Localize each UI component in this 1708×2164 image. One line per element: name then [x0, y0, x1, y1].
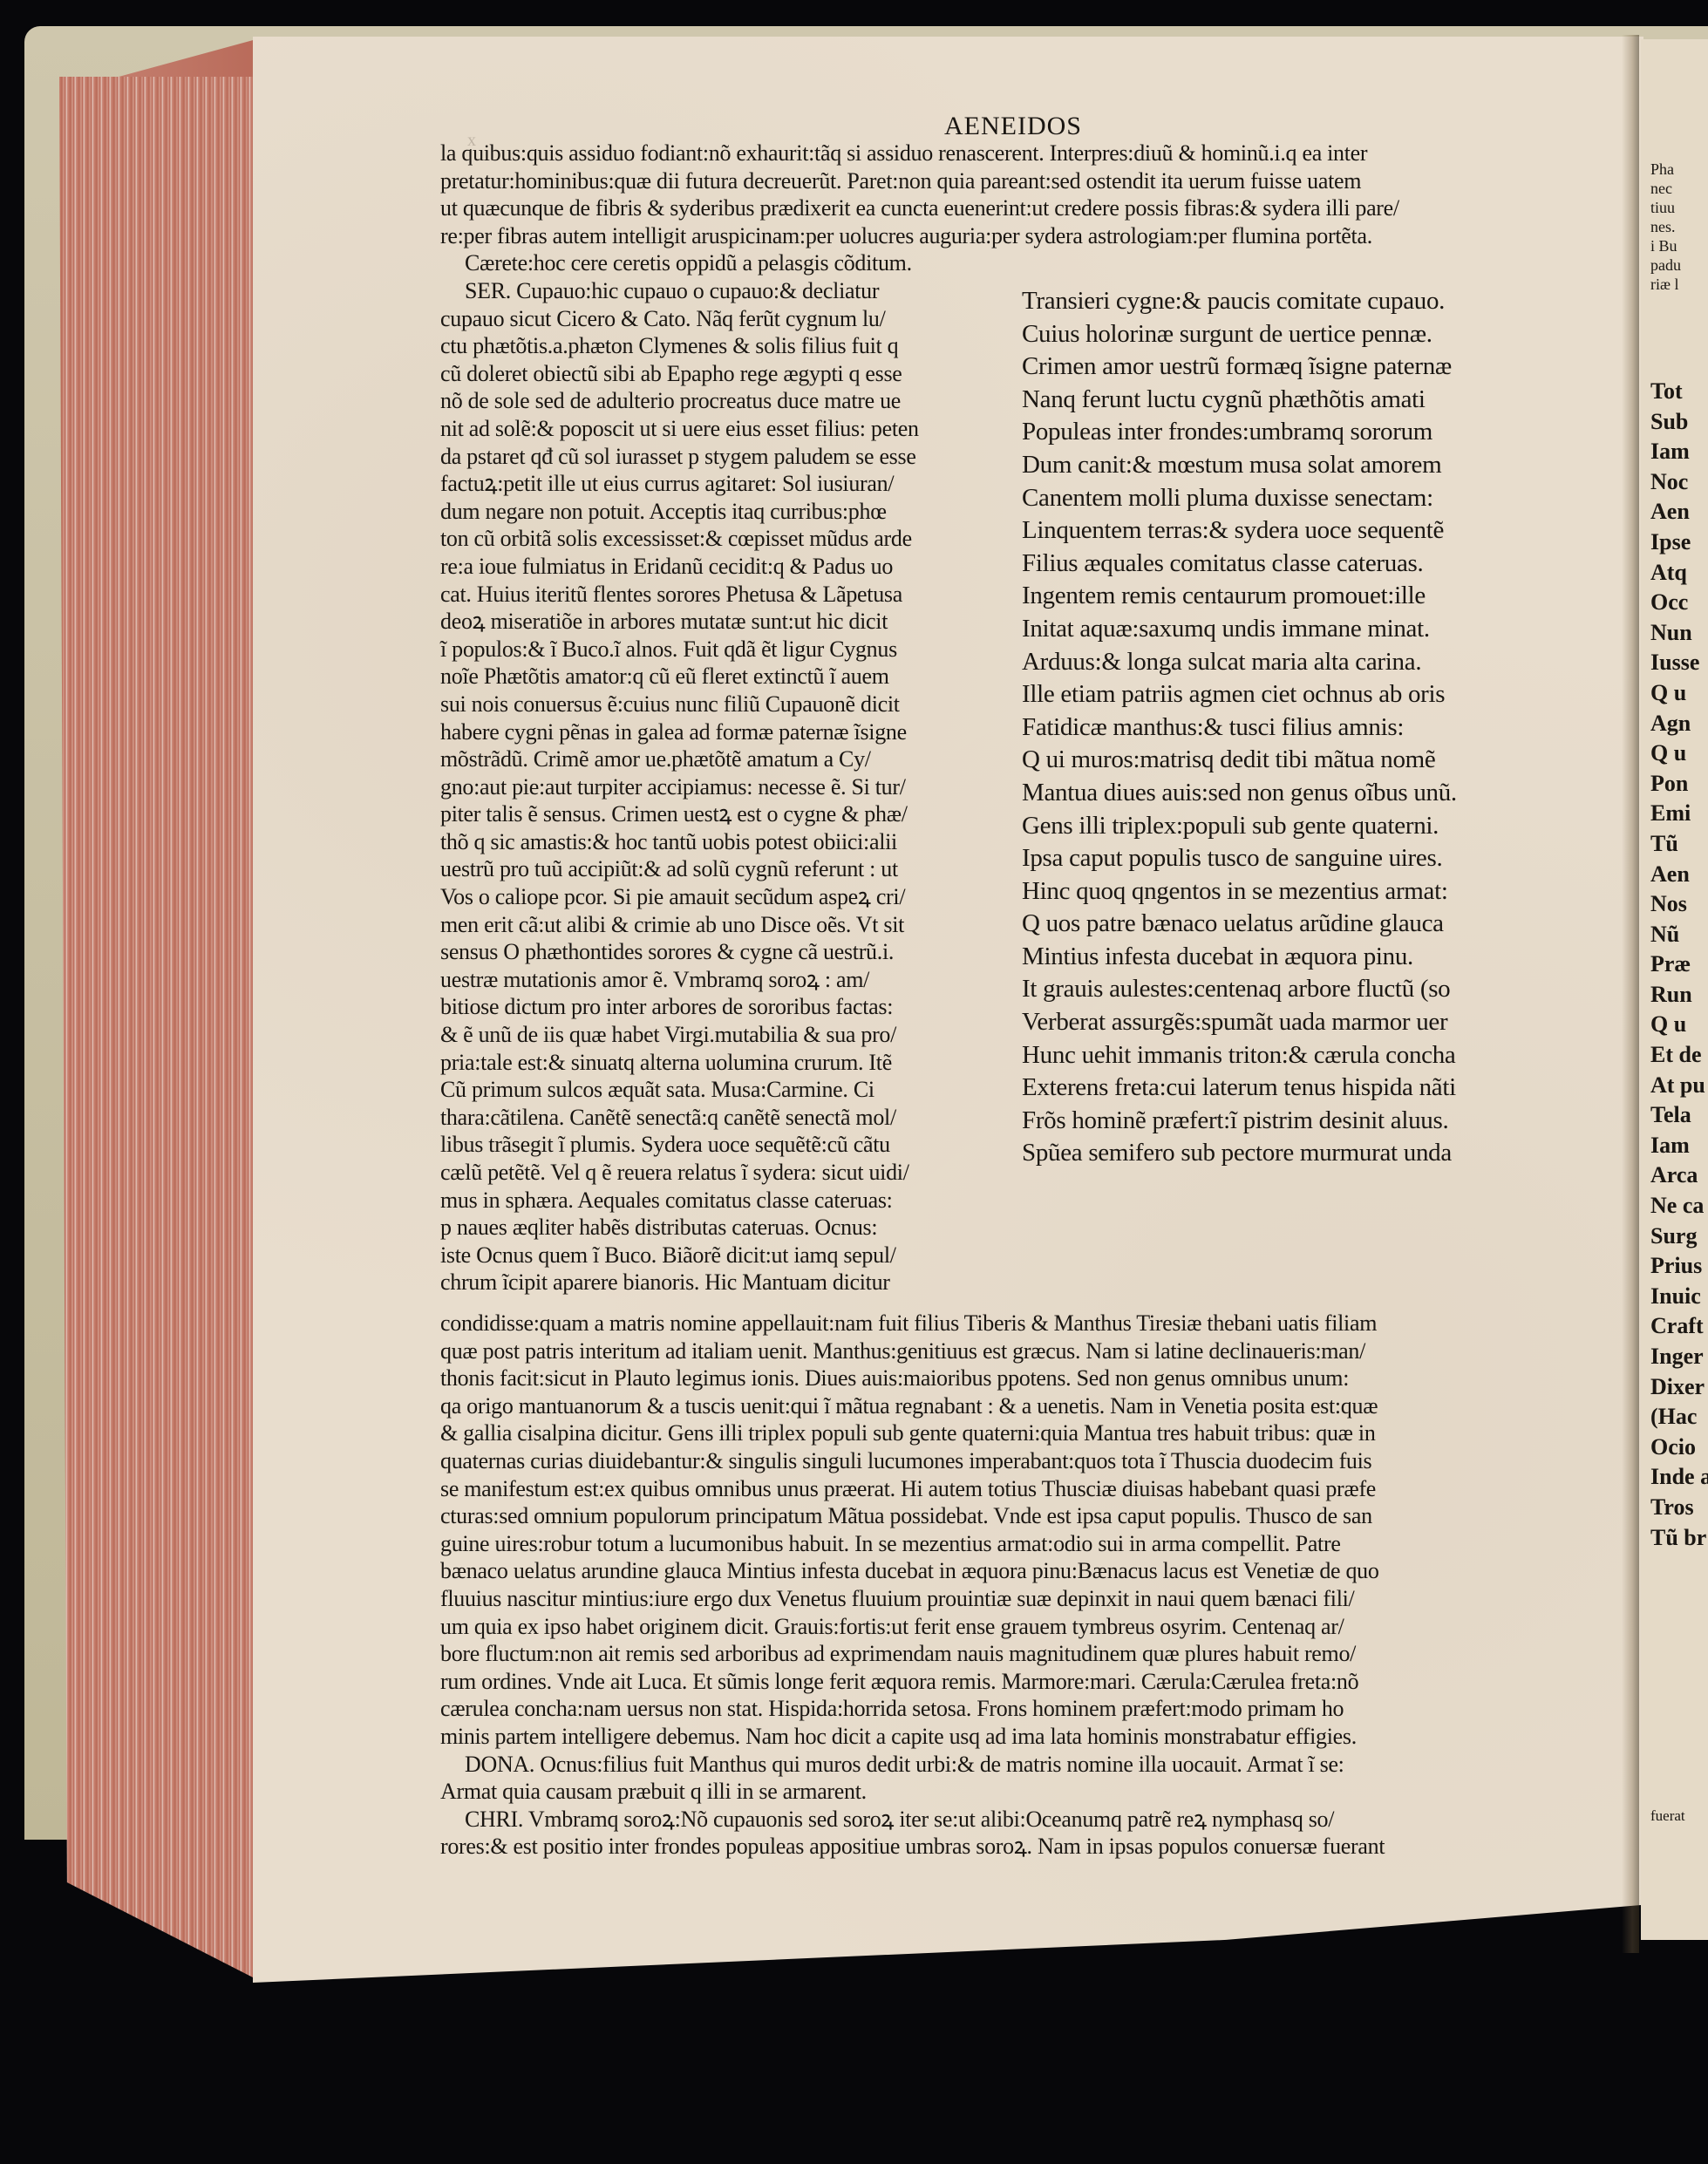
verse-line: Hunc uehit immanis triton:& cærula conch… — [1022, 1039, 1457, 1072]
fragment-line: nec — [1650, 179, 1681, 198]
commentary-line: deoꝝ miseratiõe in arbores mutatæ sunt:u… — [440, 608, 919, 636]
commentary-line: mus in sphæra. Aequales comitatus classe… — [440, 1187, 919, 1215]
commentary-line: rum ordines. Vnde ait Luca. Et sũmis lon… — [440, 1668, 1385, 1696]
commentary-line: noĩe Phætõtis amator:q cũ eũ fleret exti… — [440, 663, 919, 691]
verse-line: Arduus:& longa sulcat maria alta carina. — [1022, 646, 1457, 679]
fragment-line: Surg — [1650, 1222, 1708, 1252]
fragment-line: Emi — [1650, 799, 1708, 829]
commentary-line: thara:cãtilena. Canẽtẽ senectã:q canẽtẽ … — [440, 1104, 919, 1132]
fragment-line: Atq — [1650, 558, 1708, 589]
fragment-line: Ocio — [1650, 1432, 1708, 1463]
commentary-line: SER. Cupauo:hic cupauo o cupauo:& declia… — [440, 277, 919, 305]
commentary-line: Vos o caliope pcor. Si pie amauit secũdu… — [440, 883, 919, 911]
fragment-line: Sub — [1650, 407, 1708, 438]
fragment-line: Inde a — [1650, 1462, 1708, 1493]
commentary-line: gno:aut pie:aut turpiter accipiamus: nec… — [440, 773, 919, 801]
left-commentary-column: SER. Cupauo:hic cupauo o cupauo:& declia… — [440, 277, 919, 1296]
commentary-line: pria:tale est:& sinuatq alterna uolumina… — [440, 1049, 919, 1077]
fragment-line: Run — [1650, 980, 1708, 1011]
commentary-line: rores:& est positio inter frondes popule… — [440, 1833, 1385, 1861]
fragment-line: Q u — [1650, 678, 1708, 709]
book-gutter — [1622, 35, 1639, 1953]
commentary-line: & gallia cisalpina dicitur. Gens illi tr… — [440, 1419, 1385, 1447]
fragment-line: Arca — [1650, 1160, 1708, 1191]
fragment-line: i Bu — [1650, 236, 1681, 255]
commentary-line: guine uires:robur totum a lucumonibus ha… — [440, 1530, 1385, 1558]
commentary-line: cælũ petẽtẽ. Vel q ẽ reuera relatus ĩ sy… — [440, 1159, 919, 1187]
fragment-line: Craft — [1650, 1311, 1708, 1342]
commentary-line: fluuius nascitur mintius:iure ergo dux V… — [440, 1585, 1385, 1613]
verse-line: Mintius infesta ducebat in æquora pinu. — [1022, 941, 1457, 974]
fragment-line: Tũ br — [1650, 1523, 1708, 1554]
fragment-line: Dixer — [1650, 1372, 1708, 1403]
commentary-line: re:per fibras autem intelligit aruspicin… — [440, 222, 1399, 250]
right-page-verse-fragments: TotSubIamNocAenIpseAtqOccNunIusseQ uAgnQ… — [1650, 377, 1708, 1553]
fragment-line: nes. — [1650, 217, 1681, 236]
verse-line: Ipsa caput populis tusco de sanguine uir… — [1022, 842, 1457, 875]
fragment-line: Prius — [1650, 1251, 1708, 1282]
verse-line: It grauis aulestes:centenaq arbore fluct… — [1022, 973, 1457, 1006]
commentary-line: p naues æqliter habẽs distributas cateru… — [440, 1214, 919, 1242]
commentary-line: mõstrãdũ. Crimẽ amor ue.phætõtẽ amatum a… — [440, 745, 919, 773]
commentary-line: ton cũ orbitã solis excessisset:& cœpiss… — [440, 525, 919, 553]
commentary-line: Cũ primum sulcos æquãt sata. Musa:Carmin… — [440, 1076, 919, 1104]
commentary-line: re:a ioue fulmiatus in Eridanũ cecidit:q… — [440, 553, 919, 581]
commentary-line: dum negare non potuit. Acceptis itaq cur… — [440, 498, 919, 526]
verse-line: Mantua diues auis:sed non genus oĩbus un… — [1022, 777, 1457, 810]
fragment-line: Nũ — [1650, 920, 1708, 950]
verse-line: Crimen amor uestrũ formæq ĩsigne paternæ — [1022, 350, 1457, 384]
verse-line: Fatidicæ manthus:& tusci filius amnis: — [1022, 711, 1457, 745]
commentary-line: um quia ex ipso habet originem dicit. Gr… — [440, 1613, 1385, 1641]
right-page-catchword: fuerat — [1650, 1807, 1685, 1825]
commentary-line: chrum ĩcipit aparere bianoris. Hic Mantu… — [440, 1269, 919, 1296]
commentary-line: piter talis ẽ sensus. Crimen uestꝝ est o… — [440, 800, 919, 828]
commentary-line: quaternas curias diuidebantur:& singulis… — [440, 1447, 1385, 1475]
verse-line: Filius æquales comitatus classe cateruas… — [1022, 548, 1457, 581]
commentary-line: thõ q sic amastis:& hoc tantũ uobis pote… — [440, 828, 919, 856]
verse-line: Q ui muros:matrisq dedit tibi mãtua nomẽ — [1022, 744, 1457, 777]
commentary-line: bore fluctum:non ait remis sed arboribus… — [440, 1640, 1385, 1668]
verse-line: Gens illi triplex:populi sub gente quate… — [1022, 810, 1457, 843]
commentary-line: cærulea concha:nam uersus non stat. Hisp… — [440, 1695, 1385, 1723]
commentary-line: iste Ocnus quem ĩ Buco. Biãorẽ dicit:ut … — [440, 1242, 919, 1269]
commentary-line: cat. Huius iteritũ flentes sorores Phetu… — [440, 581, 919, 609]
fragment-line: riæ l — [1650, 275, 1681, 294]
fragment-line: Tũ — [1650, 829, 1708, 860]
commentary-line: uestrũ pro tuũ accipiũt:& ad solũ cygnũ … — [440, 855, 919, 883]
commentary-line: thonis facit:sicut in Plauto legimus ion… — [440, 1364, 1385, 1392]
verse-line: Frõs hominẽ præfert:ĩ pistrim desinit al… — [1022, 1105, 1457, 1138]
verse-line: Ille etiam patriis agmen ciet ochnus ab … — [1022, 678, 1457, 711]
verse-column: Transieri cygne:& paucis comitate cupauo… — [1022, 285, 1457, 1170]
fragment-line: Iam — [1650, 437, 1708, 467]
commentary-line: libus trãsegit ĩ plumis. Sydera uoce seq… — [440, 1131, 919, 1159]
commentary-line: ut quæcunque de fibris & syderibus prædi… — [440, 194, 1399, 222]
commentary-line: Cærete:hoc cere ceretis oppidũ a pelasgi… — [440, 249, 1399, 277]
fragment-line: Et de — [1650, 1040, 1708, 1071]
commentary-line: cupauo sicut Cicero & Cato. Nãq ferũt cy… — [440, 305, 919, 333]
verse-line: Nanq ferunt luctu cygnũ phæthõtis amati — [1022, 384, 1457, 417]
fragment-line: Iam — [1650, 1131, 1708, 1161]
verse-line: Exterens freta:cui laterum tenus hispida… — [1022, 1072, 1457, 1105]
bottom-commentary: condidisse:quam a matris nomine appellau… — [440, 1310, 1385, 1861]
fragment-line: Inger — [1650, 1342, 1708, 1372]
fragment-line: Inuic — [1650, 1282, 1708, 1312]
commentary-line: Armat quia causam præbuit q illi in se a… — [440, 1778, 1385, 1806]
commentary-line: ctu phætõtis.a.phæton Clymenes & solis f… — [440, 332, 919, 360]
commentary-line: minis partem intelligere debemus. Nam ho… — [440, 1723, 1385, 1751]
fragment-line: At pu — [1650, 1071, 1708, 1101]
commentary-line: CHRI. Vmbramq soroꝝ:Nõ cupauonis sed sor… — [440, 1806, 1385, 1834]
commentary-line: da pstaret qđ cũ sol iurasset p stygem p… — [440, 443, 919, 471]
verse-line: Verberat assurgẽs:spumãt uada marmor uer — [1022, 1006, 1457, 1039]
verse-line: Ingentem remis centaurum promouet:ille — [1022, 580, 1457, 613]
commentary-line: quæ post patris interitum ad italiam uen… — [440, 1337, 1385, 1365]
commentary-line: la quibus:quis assiduo fodiant:nõ exhaur… — [440, 140, 1399, 167]
fragment-line: Agn — [1650, 709, 1708, 739]
commentary-line: habere cygni pẽnas in galea ad formæ pat… — [440, 718, 919, 746]
red-page-edges — [59, 77, 253, 1977]
commentary-line: qa origo mantuanorum & a tuscis uenit:qu… — [440, 1392, 1385, 1420]
commentary-line: cturas:sed omnium populorum principatum … — [440, 1502, 1385, 1530]
fragment-line: Ipse — [1650, 527, 1708, 558]
verse-line: Populeas inter frondes:umbramq sororum — [1022, 416, 1457, 449]
commentary-line: bænaco uelatus arundine glauca Mintius i… — [440, 1557, 1385, 1585]
fragment-line: Noc — [1650, 467, 1708, 498]
fragment-line: Q u — [1650, 738, 1708, 769]
verse-line: Linquentem terras:& sydera uoce sequentẽ — [1022, 514, 1457, 548]
commentary-line: cũ doleret obiectũ sibi ab Epapho rege æ… — [440, 360, 919, 388]
commentary-line: & ẽ unũ de iis quæ habet Virgi.mutabilia… — [440, 1021, 919, 1049]
commentary-line: factuꝝ:petit ille ut eius currus agitare… — [440, 470, 919, 498]
fragment-line: Tot — [1650, 377, 1708, 407]
commentary-line: uestræ mutationis amor ẽ. Vmbramq soroꝝ … — [440, 966, 919, 994]
fragment-line: Q u — [1650, 1010, 1708, 1040]
commentary-line: DONA. Ocnus:filius fuit Manthus qui muro… — [440, 1751, 1385, 1779]
running-head: AENEIDOS — [944, 112, 1082, 141]
margin-mark: x — [467, 131, 476, 151]
fragment-line: tiuu — [1650, 198, 1681, 217]
fragment-line: Præ — [1650, 949, 1708, 980]
verse-line: Hinc quoq qngentos in se mezentius armat… — [1022, 875, 1457, 908]
commentary-line: nõ de sole sed de adulterio procreatus d… — [440, 387, 919, 415]
fragment-line: padu — [1650, 255, 1681, 275]
commentary-line: condidisse:quam a matris nomine appellau… — [440, 1310, 1385, 1337]
commentary-line: men erit cã:ut alibi & crimie ab uno Dis… — [440, 911, 919, 939]
fragment-line: Nun — [1650, 618, 1708, 649]
right-page-commentary-fragments: Phanectiuunes.i Bupaduriæ l — [1650, 160, 1681, 294]
fragment-line: Ne ca — [1650, 1191, 1708, 1222]
fragment-line: Pha — [1650, 160, 1681, 179]
fragment-line: Pon — [1650, 769, 1708, 800]
fragment-line: Tros — [1650, 1493, 1708, 1523]
verse-line: Dum canit:& mœstum musa solat amorem — [1022, 449, 1457, 482]
fragment-line: Aen — [1650, 497, 1708, 527]
commentary-line: pretatur:hominibus:quæ dii futura decreu… — [440, 167, 1399, 195]
fragment-line: Occ — [1650, 588, 1708, 618]
commentary-line: bitiose dictum pro inter arbores de soro… — [440, 993, 919, 1021]
verse-line: Canentem molli pluma duxisse senectam: — [1022, 482, 1457, 515]
fragment-line: (Hac — [1650, 1402, 1708, 1432]
fragment-line: Iusse — [1650, 648, 1708, 678]
verse-line: Initat aquæ:saxumq undis immane minat. — [1022, 613, 1457, 646]
fragment-line: Tela — [1650, 1100, 1708, 1131]
commentary-line: sui nois conuersus ẽ:cuius nunc filiũ Cu… — [440, 691, 919, 718]
verse-line: Cuius holorinæ surgunt de uertice pennæ. — [1022, 318, 1457, 351]
commentary-line: se manifestum est:ex quibus omnibus unus… — [440, 1475, 1385, 1503]
fragment-line: Nos — [1650, 889, 1708, 920]
verse-line: Transieri cygne:& paucis comitate cupauo… — [1022, 285, 1457, 318]
verse-line: Q uos patre bænaco uelatus arũdine glauc… — [1022, 908, 1457, 941]
fragment-line: Aen — [1650, 860, 1708, 890]
verse-line: Spũea semifero sub pectore murmurat unda — [1022, 1137, 1457, 1170]
top-commentary: la quibus:quis assiduo fodiant:nõ exhaur… — [440, 140, 1399, 277]
commentary-line: nit ad solẽ:& poposcit ut si uere eius e… — [440, 415, 919, 443]
commentary-line: sensus O phæthontides sorores & cygne cã… — [440, 938, 919, 966]
commentary-line: ĩ populos:& ĩ Buco.ĩ alnos. Fuit qdã ẽt … — [440, 636, 919, 663]
